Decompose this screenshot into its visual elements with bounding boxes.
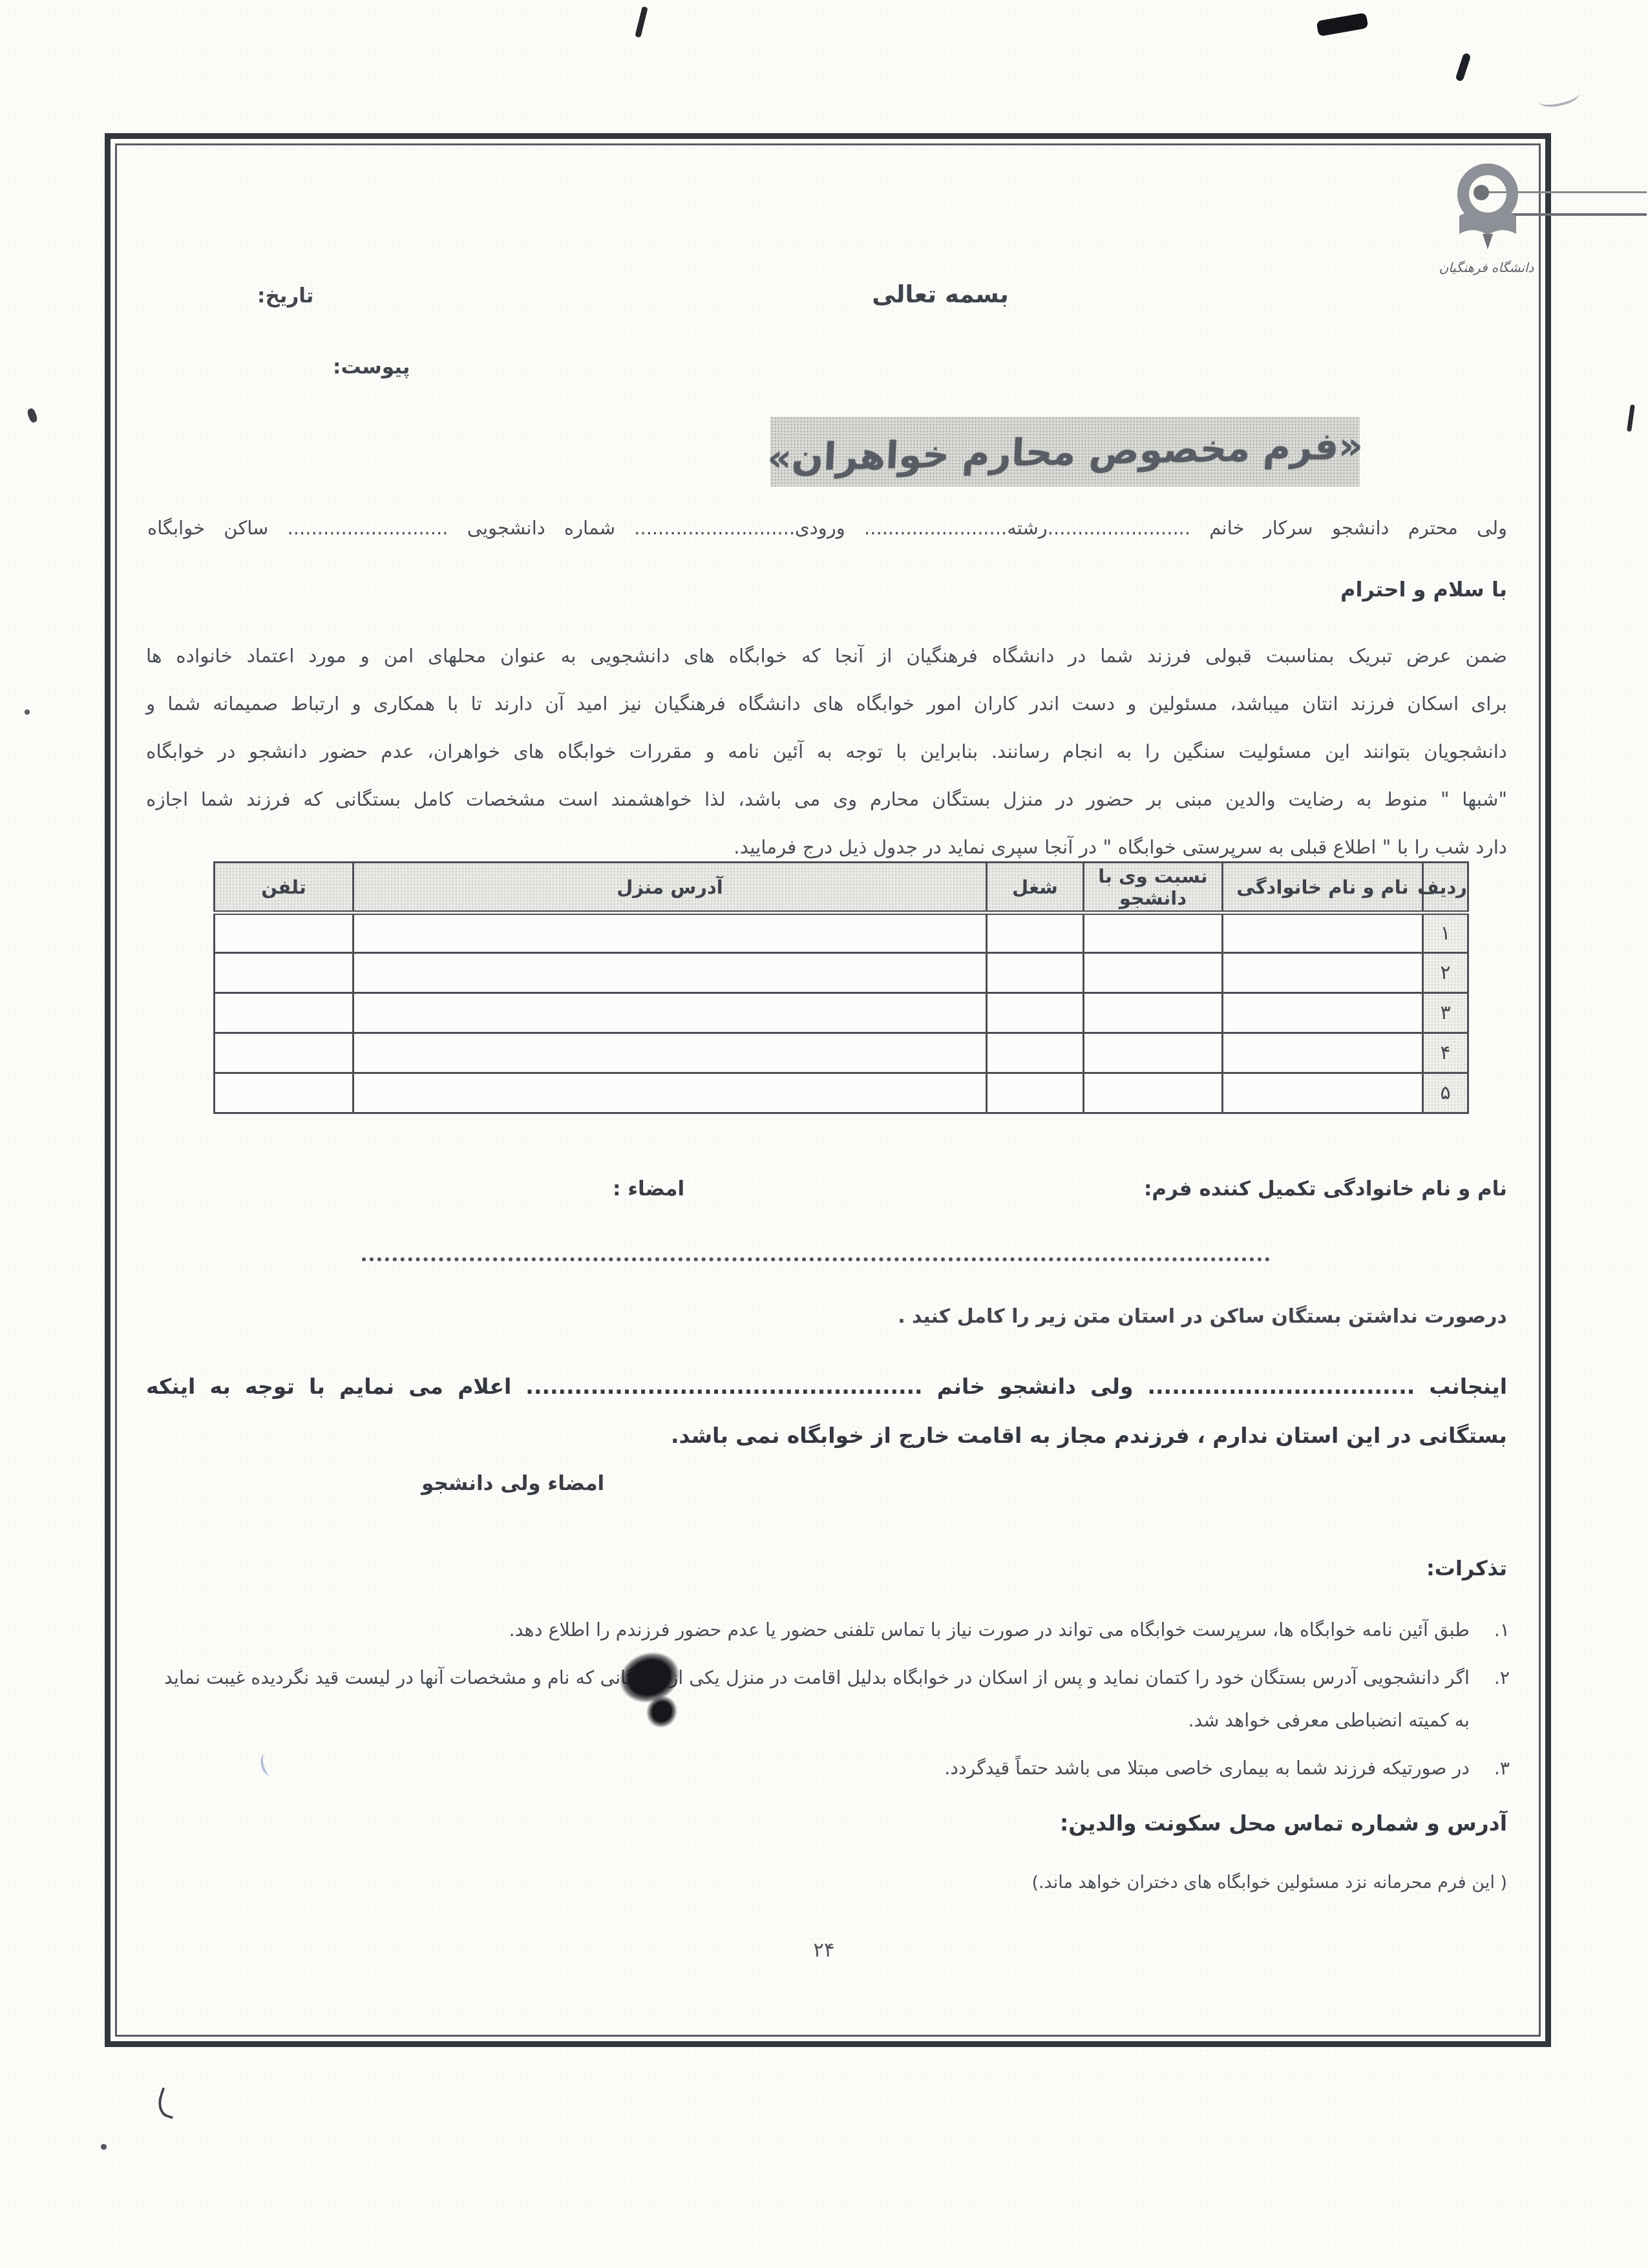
signature-label: امضاء : — [613, 1177, 684, 1201]
empty-cell — [987, 913, 1084, 953]
form-title-band: «فرم مخصوص محارم خواهران» — [770, 417, 1360, 487]
university-logo: دانشگاه فرهنگیان — [1424, 160, 1548, 275]
table-header-row: ردیف نام و نام خانوادگی نسبت وی با دانشج… — [215, 863, 1468, 913]
page-number: ۲۴ — [0, 1938, 1648, 1962]
empty-cell — [1084, 1073, 1223, 1113]
empty-cell — [1084, 993, 1223, 1033]
scan-artifact — [1537, 85, 1581, 110]
body-line: "شبها " منوط به رضایت والدین مبنی بر حضو… — [146, 775, 1507, 823]
completer-name-label: نام و نام خانوادگی تکمیل کننده فرم: — [1144, 1177, 1507, 1201]
empty-cell — [354, 913, 987, 953]
student-info-line: ولی محترم دانشجو سرکار خانم ............… — [147, 517, 1507, 539]
empty-cell — [215, 1073, 354, 1113]
column-header-occupation: شغل — [987, 863, 1084, 913]
note-number: ۱. — [1470, 1609, 1510, 1652]
row-number-cell: ۳ — [1423, 993, 1468, 1033]
scanned-form-page: دانشگاه فرهنگیان بسمه تعالی تاریخ: پیوست… — [0, 0, 1648, 2268]
table-row: ۲ — [215, 953, 1468, 993]
university-logo-caption: دانشگاه فرهنگیان — [1424, 260, 1548, 275]
salutation: با سلام و احترام — [1340, 577, 1507, 602]
note-text: در صورتیکه فرزند شما به بیماری خاصی مبتل… — [164, 1747, 1470, 1790]
dotted-separator — [362, 1257, 1270, 1261]
empty-cell — [215, 993, 354, 1033]
empty-cell — [987, 953, 1084, 993]
table-row: ۴ — [215, 1033, 1468, 1073]
scan-artifact — [101, 2144, 107, 2150]
declaration-block: اینجانب ................................… — [146, 1362, 1507, 1460]
empty-cell — [215, 1033, 354, 1073]
notes-title: تذکرات: — [1426, 1556, 1507, 1580]
note-item: ۳. در صورتیکه فرزند شما به بیماری خاصی م… — [164, 1747, 1510, 1790]
empty-cell — [1223, 913, 1423, 953]
body-line: ضمن عرض تبریک بمناسبت قبولی فرزند شما در… — [146, 632, 1507, 680]
column-header-full-name: نام و نام خانوادگی — [1223, 863, 1423, 913]
scan-artifact — [1627, 404, 1635, 432]
declaration-line-1: اینجانب ................................… — [146, 1362, 1507, 1411]
scan-artifact — [1455, 52, 1471, 82]
attachment-label: پیوست: — [333, 355, 410, 379]
table-row: ۱ — [215, 913, 1468, 953]
date-label: تاریخ: — [257, 284, 314, 308]
body-line: دانشجویان بتوانند این مسئولیت سنگین را ب… — [146, 728, 1507, 775]
empty-cell — [1084, 913, 1223, 953]
empty-cell — [215, 953, 354, 993]
row-number-cell: ۵ — [1423, 1073, 1468, 1113]
empty-cell — [354, 1033, 987, 1073]
table-row: ۳ — [215, 993, 1468, 1033]
empty-cell — [1223, 1033, 1423, 1073]
empty-cell — [987, 1033, 1084, 1073]
scan-artifact — [154, 2087, 181, 2119]
column-header-phone: تلفن — [215, 863, 354, 913]
university-emblem-icon — [1439, 160, 1534, 256]
empty-cell — [215, 913, 354, 953]
empty-cell — [987, 1073, 1084, 1113]
address-heading: آدرس و شماره تماس محل سکونت والدین: — [1060, 1811, 1507, 1836]
row-number-cell: ۱ — [1423, 913, 1468, 953]
confidential-note: ( این فرم محرمانه نزد مسئولین خوابگاه ها… — [1031, 1873, 1507, 1893]
scan-artifact — [25, 709, 30, 715]
empty-cell — [1084, 1033, 1223, 1073]
empty-cell — [1223, 953, 1423, 993]
note-text: طبق آئین نامه خوابگاه ها، سرپرست خوابگاه… — [164, 1609, 1470, 1652]
table-row: ۵ — [215, 1073, 1468, 1113]
empty-cell — [354, 953, 987, 993]
empty-cell — [987, 993, 1084, 1033]
empty-cell — [354, 1073, 987, 1113]
scan-artifact — [1316, 12, 1369, 36]
note-number: ۲. — [1470, 1657, 1510, 1742]
form-title: «فرم مخصوص محارم خواهران» — [766, 423, 1364, 479]
guardian-signature-label: امضاء ولی دانشجو — [421, 1472, 604, 1495]
column-header-relation: نسبت وی با دانشجو — [1084, 863, 1223, 913]
note-text: اگر دانشجویی آدرس بستگان خود را کتمان نم… — [164, 1657, 1470, 1742]
scan-artifact — [26, 408, 39, 424]
body-line: برای اسکان فرزند انتان میباشد، مسئولین و… — [146, 680, 1507, 728]
note-number: ۳. — [1470, 1747, 1510, 1790]
declaration-line-2: بستگانی در این استان ندارم ، فرزندم مجاز… — [146, 1411, 1507, 1460]
empty-cell — [1084, 953, 1223, 993]
note-item: ۲. اگر دانشجویی آدرس بستگان خود را کتمان… — [164, 1657, 1510, 1742]
column-header-home-address: آدرس منزل — [354, 863, 987, 913]
note-item: ۱. طبق آئین نامه خوابگاه ها، سرپرست خواب… — [164, 1609, 1510, 1652]
row-number-cell: ۲ — [1423, 953, 1468, 993]
empty-cell — [354, 993, 987, 1033]
no-relatives-instruction: درصورت نداشتن بستگان ساکن در استان متن ز… — [898, 1305, 1507, 1328]
empty-cell — [1223, 993, 1423, 1033]
column-header-row-number: ردیف — [1423, 863, 1468, 913]
relatives-table: ردیف نام و نام خانوادگی نسبت وی با دانشج… — [213, 861, 1469, 1114]
row-number-cell: ۴ — [1423, 1033, 1468, 1073]
scan-artifact — [635, 6, 648, 38]
besmele-text: بسمه تعالی — [830, 280, 1050, 308]
empty-cell — [1223, 1073, 1423, 1113]
notes-list: ۱. طبق آئین نامه خوابگاه ها، سرپرست خواب… — [164, 1609, 1510, 1795]
body-paragraph: ضمن عرض تبریک بمناسبت قبولی فرزند شما در… — [146, 632, 1507, 871]
